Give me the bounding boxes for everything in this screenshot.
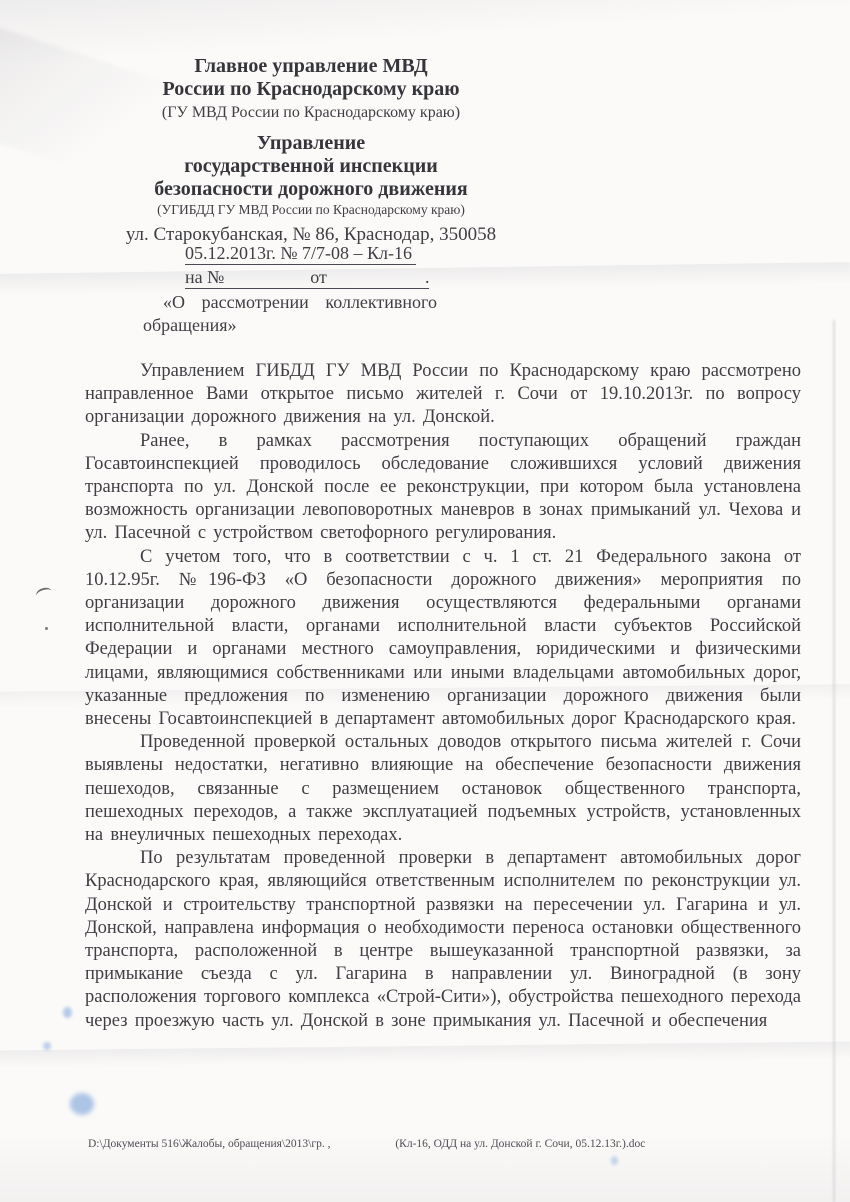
dept-name-line1: Управление — [85, 132, 537, 155]
outgoing-number-date: 05.12.2013г. № 7/7-08 – Кл-16 — [185, 243, 416, 265]
dept-name-line2: государственной инспекции — [85, 155, 537, 178]
scan-fold-right-edge — [833, 320, 835, 1202]
blue-pen-smudge — [611, 1156, 618, 1165]
body-paragraph: По результатам проведенной проверки в де… — [85, 847, 801, 1033]
body-paragraph: Ранее, в рамках рассмотрения поступающих… — [85, 430, 801, 546]
incoming-number-prefix: на № — [185, 267, 224, 287]
incoming-date-prefix: от — [310, 267, 327, 287]
file-note: (Кл-16, ОДД на ул. Донской г. Сочи, 05.1… — [395, 1138, 645, 1150]
body-paragraph: С учетом того, что в соответствии с ч. 1… — [85, 546, 801, 732]
incoming-line-period: . — [425, 267, 430, 287]
body-paragraph: Проведенной проверкой остальных доводов … — [85, 731, 801, 847]
ink-speck-dot — [45, 627, 48, 630]
blue-pen-smudge — [70, 1093, 94, 1115]
blue-pen-smudge — [63, 1007, 72, 1018]
dept-abbreviation: (УГИБДД ГУ МВД России по Краснодарскому … — [85, 202, 537, 218]
letterhead-spacer — [85, 122, 537, 132]
document-footer: D:\Документы 516\Жалобы, обращения\2013\… — [88, 1138, 808, 1150]
org-abbreviation: (ГУ МВД России по Краснодарскому краю) — [85, 103, 537, 122]
file-path: D:\Документы 516\Жалобы, обращения\2013\… — [88, 1138, 330, 1150]
letterhead: Главное управление МВД России по Краснод… — [85, 55, 537, 246]
ink-speck-curve — [35, 586, 54, 601]
blue-pen-smudge — [43, 1042, 51, 1050]
reference-block: 05.12.2013г. № 7/7-08 – Кл-16 на №от. — [185, 243, 429, 289]
scan-crease-band-lower — [0, 1042, 850, 1069]
dept-name-line3: безопасности дорожного движения — [85, 178, 537, 201]
letter-body: Управлением ГИБДД ГУ МВД России по Красн… — [85, 360, 801, 1033]
scanned-letter-page: Главное управление МВД России по Краснод… — [0, 0, 850, 1202]
org-name-line2: России по Краснодарскому краю — [85, 78, 537, 101]
letter-subject: «О рассмотрении коллективного обращения» — [143, 291, 437, 337]
org-name-line1: Главное управление МВД — [85, 55, 537, 78]
incoming-number-line: на №от. — [185, 267, 429, 289]
body-paragraph: Управлением ГИБДД ГУ МВД России по Красн… — [85, 360, 801, 430]
